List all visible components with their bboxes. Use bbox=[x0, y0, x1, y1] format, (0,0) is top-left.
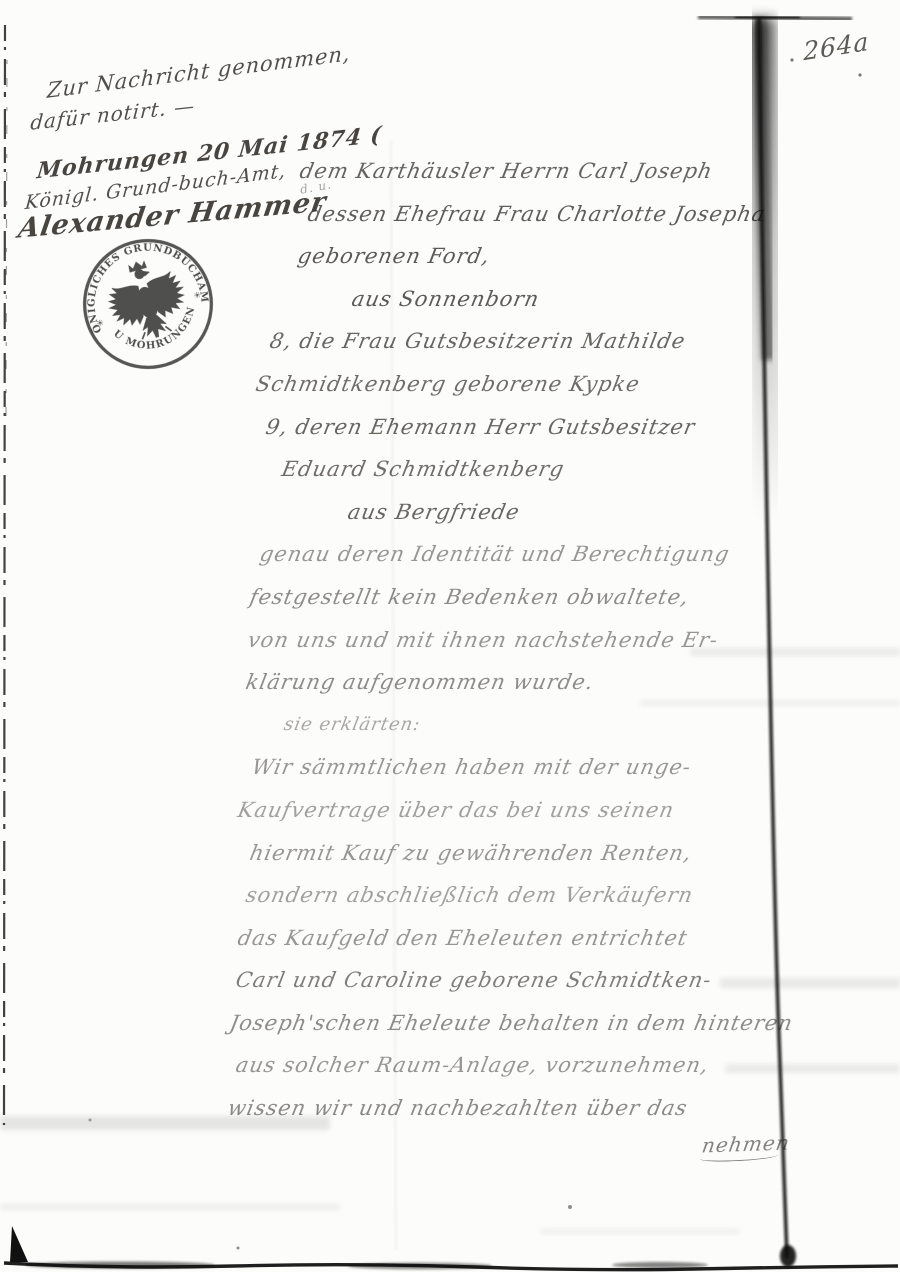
handwritten-line: klärung aufgenommen wurde. bbox=[0, 661, 824, 704]
handwritten-line: Carl und Caroline geborene Schmidtken- bbox=[0, 959, 824, 1002]
handwritten-line: sondern abschließlich dem Verkäufern bbox=[0, 874, 824, 917]
handwritten-line: aus solcher Raum-Anlage, vorzunehmen, bbox=[0, 1044, 824, 1087]
handwritten-line: hiermit Kauf zu gewährenden Renten, bbox=[0, 832, 824, 875]
handwritten-line: aus Sonnenborn bbox=[0, 278, 824, 321]
handwritten-line: 8, die Frau Gutsbesitzerin Mathilde bbox=[0, 320, 824, 363]
handwritten-line: sie erklärten: bbox=[0, 704, 824, 747]
handwritten-line: wissen wir und nachbezahlten über das bbox=[0, 1087, 824, 1130]
handwritten-line: Schmidtkenberg geborene Kypke bbox=[0, 363, 824, 406]
handwritten-line: Joseph'schen Eheleute behalten in dem hi… bbox=[0, 1002, 824, 1045]
handwritten-line: 9, deren Ehemann Herr Gutsbesitzer bbox=[0, 406, 824, 449]
bottom-left-corner-mark bbox=[10, 1226, 28, 1262]
scanned-document-page: Zur Nachricht genommen, dafür notirt. — … bbox=[0, 0, 900, 1272]
annotation-line: Zur Nachricht genommen, bbox=[47, 41, 352, 103]
handwritten-line: Eduard Schmidtkenberg bbox=[0, 448, 824, 491]
handwritten-line: von uns und mit ihnen nachstehende Er- bbox=[0, 619, 824, 662]
top-smudge bbox=[698, 17, 852, 19]
closing-word: nehmen bbox=[699, 1130, 791, 1162]
handwritten-line: aus Bergfriede bbox=[0, 491, 824, 534]
handwritten-line: dem Karthäusler Herrn Carl Joseph bbox=[0, 150, 824, 193]
handwritten-line: festgestellt kein Bedenken obwaltete, bbox=[0, 576, 824, 619]
handwritten-line: dessen Ehefrau Frau Charlotte Josepha bbox=[0, 193, 824, 236]
handwritten-line: geborenen Ford, bbox=[0, 235, 824, 278]
sheet-number: 264a bbox=[803, 27, 869, 67]
handwritten-line: genau deren Identität und Berechtigung bbox=[0, 533, 824, 576]
handwritten-body: dem Karthäusler Herrn Carl Josephdessen … bbox=[0, 150, 820, 1130]
handwritten-line: das Kaufgeld den Eheleuten entrichtet bbox=[0, 917, 824, 960]
handwritten-line: Wir sämmtlichen haben mit der unge- bbox=[0, 746, 824, 789]
handwritten-line: Kaufvertrage über das bei uns seinen bbox=[0, 789, 824, 832]
bottom-edge-bar bbox=[4, 1226, 898, 1270]
